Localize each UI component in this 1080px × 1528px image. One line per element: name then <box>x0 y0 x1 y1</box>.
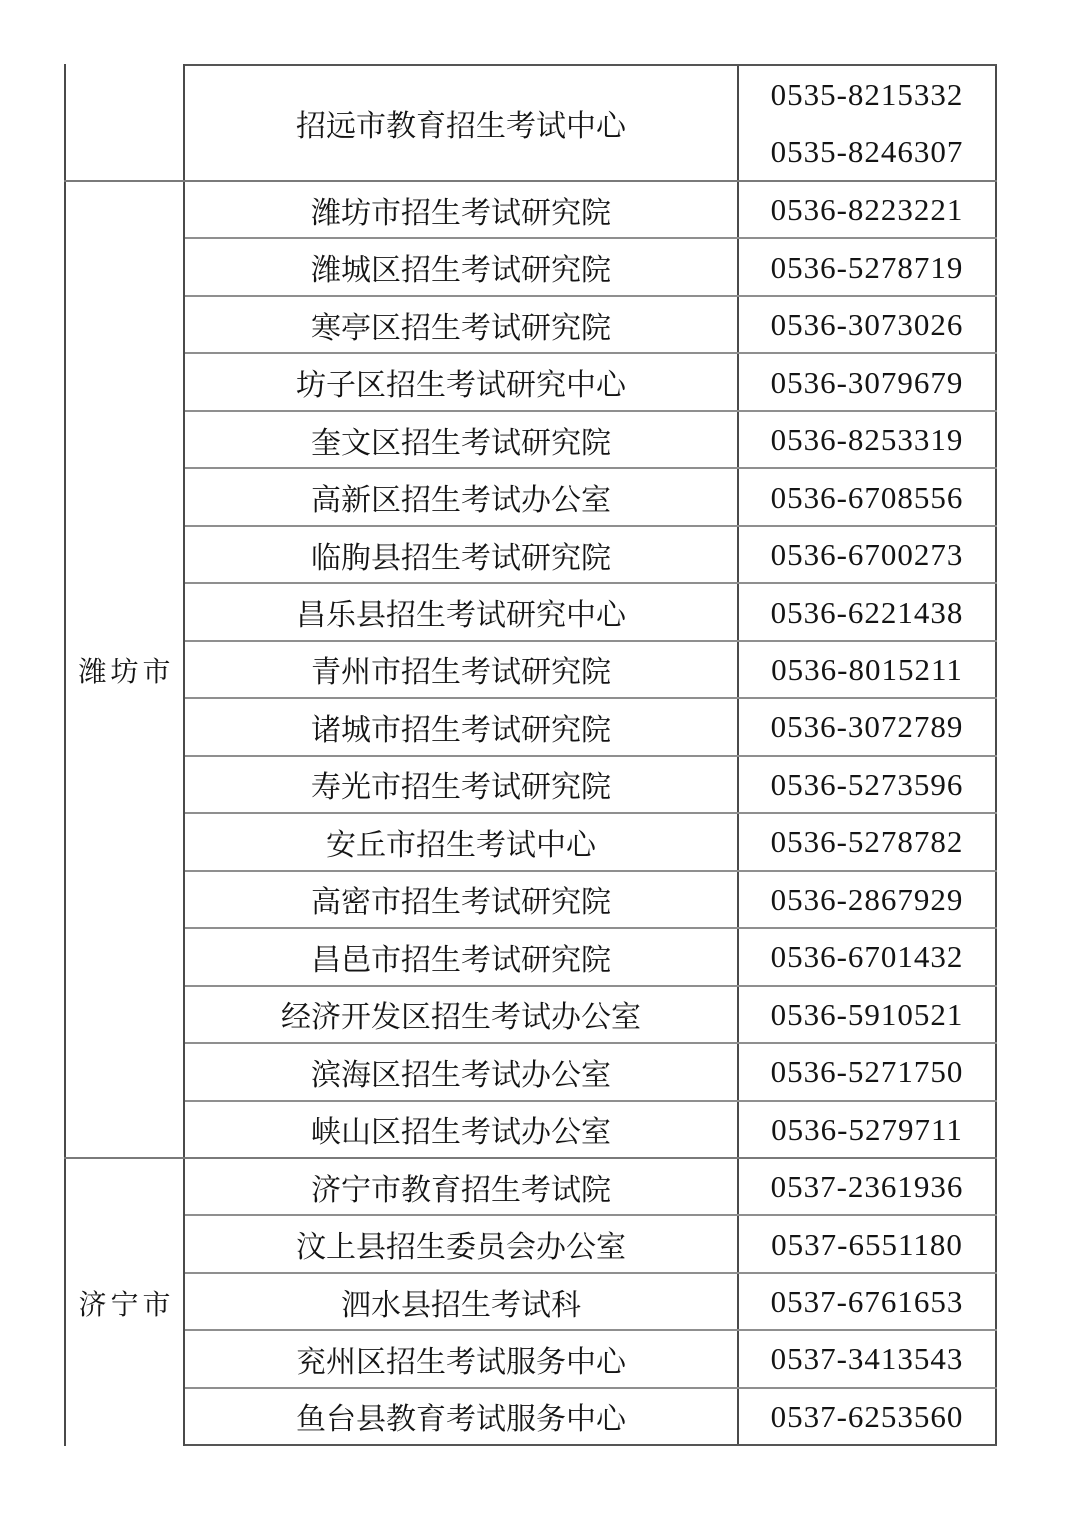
phone-cell: 0537-6253560 <box>737 1389 997 1444</box>
table-row: 昌乐县招生考试研究中心0536-6221438 <box>185 582 997 639</box>
section-rows: 招远市教育招生考试中心0535-82153320535-8246307 <box>185 64 997 180</box>
city-label: 济宁市 <box>74 1283 174 1323</box>
table-row: 泗水县招生考试科0537-6761653 <box>185 1272 997 1329</box>
institution-cell: 高密市招生考试研究院 <box>185 872 737 927</box>
table-row: 滨海区招生考试办公室0536-5271750 <box>185 1042 997 1099</box>
table-row: 奎文区招生考试研究院0536-8253319 <box>185 410 997 467</box>
institution-name: 潍坊市招生考试研究院 <box>311 188 611 232</box>
section-rows: 潍坊市招生考试研究院0536-8223221潍城区招生考试研究院0536-527… <box>185 182 997 1157</box>
institution-name: 招远市教育招生考试中心 <box>296 101 626 145</box>
institution-name: 寿光市招生考试研究院 <box>311 762 611 806</box>
phone-cell: 0536-6708556 <box>737 469 997 524</box>
institution-name: 昌邑市招生考试研究院 <box>311 935 611 979</box>
phone-number: 0536-5278719 <box>771 252 964 283</box>
city-section: 济宁市济宁市教育招生考试院0537-2361936汶上县招生委员会办公室0537… <box>64 1157 997 1446</box>
institution-cell: 峡山区招生考试办公室 <box>185 1102 737 1157</box>
phone-number: 0537-6253560 <box>771 1401 964 1432</box>
institution-cell: 高新区招生考试办公室 <box>185 469 737 524</box>
phone-number: 0535-8246307 <box>771 136 964 167</box>
institution-cell: 坊子区招生考试研究中心 <box>185 354 737 409</box>
table-row: 汶上县招生委员会办公室0537-6551180 <box>185 1214 997 1271</box>
phone-cell: 0536-3073026 <box>737 297 997 352</box>
institution-name: 奎文区招生考试研究院 <box>311 418 611 462</box>
table-row: 高新区招生考试办公室0536-6708556 <box>185 467 997 524</box>
table-row: 潍城区招生考试研究院0536-5278719 <box>185 237 997 294</box>
phone-number: 0537-6761653 <box>771 1286 964 1317</box>
phone-number: 0536-8253319 <box>771 424 964 455</box>
institution-name: 兖州区招生考试服务中心 <box>296 1337 626 1381</box>
phone-number: 0537-2361936 <box>771 1171 964 1202</box>
phone-number: 0535-8215332 <box>771 79 964 110</box>
phone-number: 0536-5278782 <box>771 826 964 857</box>
institution-name: 峡山区招生考试办公室 <box>311 1107 611 1151</box>
city-cell: 济宁市 <box>64 1159 185 1446</box>
institution-cell: 泗水县招生考试科 <box>185 1274 737 1329</box>
table-row: 潍坊市招生考试研究院0536-8223221 <box>185 182 997 237</box>
phone-cell: 0536-5279711 <box>737 1102 997 1157</box>
institution-cell: 寿光市招生考试研究院 <box>185 757 737 812</box>
table-row: 诸城市招生考试研究院0536-3072789 <box>185 697 997 754</box>
city-section: 招远市教育招生考试中心0535-82153320535-8246307 <box>64 64 997 180</box>
table-row: 经济开发区招生考试办公室0536-5910521 <box>185 985 997 1042</box>
institution-name: 泗水县招生考试科 <box>341 1280 581 1324</box>
table-row: 高密市招生考试研究院0536-2867929 <box>185 870 997 927</box>
table-row: 寿光市招生考试研究院0536-5273596 <box>185 755 997 812</box>
institution-cell: 昌乐县招生考试研究中心 <box>185 584 737 639</box>
institution-name: 青州市招生考试研究院 <box>311 647 611 691</box>
institution-name: 经济开发区招生考试办公室 <box>281 992 641 1036</box>
phone-cell: 0536-8253319 <box>737 412 997 467</box>
phone-number: 0537-6551180 <box>771 1229 963 1260</box>
phone-number: 0536-3079679 <box>771 367 964 398</box>
phone-cell: 0537-2361936 <box>737 1159 997 1214</box>
institution-cell: 寒亭区招生考试研究院 <box>185 297 737 352</box>
institution-cell: 济宁市教育招生考试院 <box>185 1159 737 1214</box>
phone-cell: 0536-5273596 <box>737 757 997 812</box>
phone-cell: 0536-5278782 <box>737 814 997 869</box>
institution-cell: 汶上县招生委员会办公室 <box>185 1216 737 1271</box>
phone-number: 0536-8015211 <box>771 654 963 685</box>
institution-cell: 招远市教育招生考试中心 <box>185 66 737 180</box>
table-row: 济宁市教育招生考试院0537-2361936 <box>185 1159 997 1214</box>
phone-number: 0536-6708556 <box>771 482 964 513</box>
institution-name: 昌乐县招生考试研究中心 <box>296 590 626 634</box>
table-row: 青州市招生考试研究院0536-8015211 <box>185 640 997 697</box>
phone-number: 0536-6701432 <box>771 941 964 972</box>
institution-cell: 安丘市招生考试中心 <box>185 814 737 869</box>
phone-cell: 0536-6700273 <box>737 527 997 582</box>
institution-name: 汶上县招生委员会办公室 <box>296 1222 626 1266</box>
institution-name: 高密市招生考试研究院 <box>311 877 611 921</box>
table-row: 昌邑市招生考试研究院0536-6701432 <box>185 927 997 984</box>
institution-name: 诸城市招生考试研究院 <box>311 705 611 749</box>
phone-number: 0536-5910521 <box>771 999 964 1030</box>
phone-cell: 0536-5278719 <box>737 239 997 294</box>
phone-cell: 0536-3072789 <box>737 699 997 754</box>
city-section: 潍坊市潍坊市招生考试研究院0536-8223221潍城区招生考试研究院0536-… <box>64 180 997 1157</box>
institution-name: 鱼台县教育考试服务中心 <box>296 1394 626 1438</box>
phone-number: 0536-6221438 <box>771 597 964 628</box>
institution-name: 坊子区招生考试研究中心 <box>296 360 626 404</box>
institution-cell: 青州市招生考试研究院 <box>185 642 737 697</box>
city-cell <box>64 64 185 180</box>
phone-cell: 0536-8223221 <box>737 182 997 237</box>
phone-cell: 0537-3413543 <box>737 1331 997 1386</box>
table-row: 峡山区招生考试办公室0536-5279711 <box>185 1100 997 1157</box>
phone-cell: 0536-5271750 <box>737 1044 997 1099</box>
institution-cell: 临朐县招生考试研究院 <box>185 527 737 582</box>
institution-cell: 经济开发区招生考试办公室 <box>185 987 737 1042</box>
institution-name: 潍城区招生考试研究院 <box>311 245 611 289</box>
institution-cell: 诸城市招生考试研究院 <box>185 699 737 754</box>
city-label: 潍坊市 <box>74 650 174 690</box>
phone-cell: 0536-2867929 <box>737 872 997 927</box>
phone-number: 0536-3072789 <box>771 711 964 742</box>
institution-name: 济宁市教育招生考试院 <box>311 1165 611 1209</box>
institution-cell: 潍城区招生考试研究院 <box>185 239 737 294</box>
institution-cell: 昌邑市招生考试研究院 <box>185 929 737 984</box>
institution-name: 滨海区招生考试办公室 <box>311 1050 611 1094</box>
phone-cell: 0536-5910521 <box>737 987 997 1042</box>
phone-number: 0536-5271750 <box>771 1056 964 1087</box>
institution-cell: 滨海区招生考试办公室 <box>185 1044 737 1099</box>
phone-number: 0537-3413543 <box>771 1343 964 1374</box>
institution-cell: 潍坊市招生考试研究院 <box>185 182 737 237</box>
phone-cell: 0535-82153320535-8246307 <box>737 66 997 180</box>
table-row: 招远市教育招生考试中心0535-82153320535-8246307 <box>185 66 997 180</box>
page: 招远市教育招生考试中心0535-82153320535-8246307潍坊市潍坊… <box>0 0 1080 1528</box>
phone-cell: 0536-3079679 <box>737 354 997 409</box>
institution-name: 安丘市招生考试中心 <box>326 820 596 864</box>
contact-table: 招远市教育招生考试中心0535-82153320535-8246307潍坊市潍坊… <box>64 64 997 1446</box>
phone-cell: 0537-6761653 <box>737 1274 997 1329</box>
institution-name: 临朐县招生考试研究院 <box>311 533 611 577</box>
institution-name: 寒亭区招生考试研究院 <box>311 303 611 347</box>
table-row: 兖州区招生考试服务中心0537-3413543 <box>185 1329 997 1386</box>
table-row: 鱼台县教育考试服务中心0537-6253560 <box>185 1387 997 1444</box>
phone-number: 0536-5279711 <box>771 1114 963 1145</box>
table-row: 安丘市招生考试中心0536-5278782 <box>185 812 997 869</box>
phone-number: 0536-6700273 <box>771 539 964 570</box>
section-rows: 济宁市教育招生考试院0537-2361936汶上县招生委员会办公室0537-65… <box>185 1159 997 1446</box>
phone-cell: 0536-6701432 <box>737 929 997 984</box>
institution-cell: 鱼台县教育考试服务中心 <box>185 1389 737 1444</box>
phone-cell: 0536-8015211 <box>737 642 997 697</box>
table-row: 临朐县招生考试研究院0536-6700273 <box>185 525 997 582</box>
table-row: 寒亭区招生考试研究院0536-3073026 <box>185 295 997 352</box>
phone-number: 0536-2867929 <box>771 884 964 915</box>
phone-cell: 0537-6551180 <box>737 1216 997 1271</box>
institution-cell: 兖州区招生考试服务中心 <box>185 1331 737 1386</box>
phone-number: 0536-5273596 <box>771 769 964 800</box>
institution-cell: 奎文区招生考试研究院 <box>185 412 737 467</box>
table-row: 坊子区招生考试研究中心0536-3079679 <box>185 352 997 409</box>
phone-number: 0536-3073026 <box>771 309 964 340</box>
phone-cell: 0536-6221438 <box>737 584 997 639</box>
phone-number: 0536-8223221 <box>771 194 964 225</box>
institution-name: 高新区招生考试办公室 <box>311 475 611 519</box>
city-cell: 潍坊市 <box>64 182 185 1157</box>
